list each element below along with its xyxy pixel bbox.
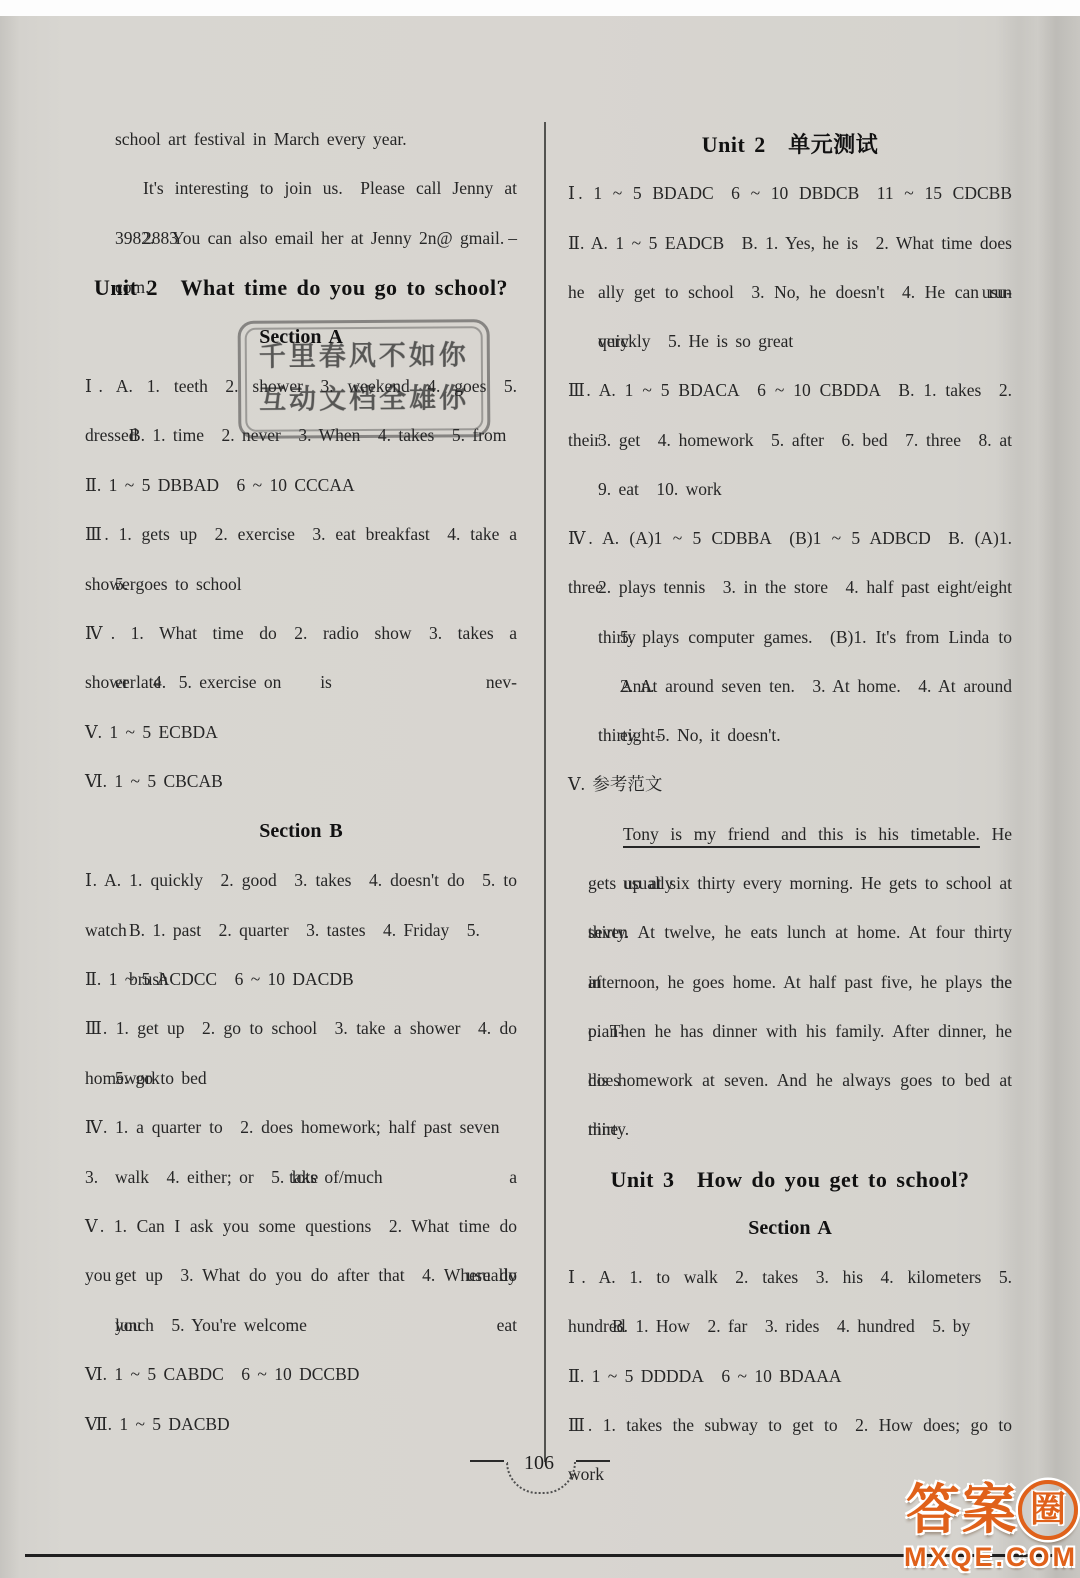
site-watermark: 答 案 圈 MXQE.COM: [898, 1480, 1078, 1573]
heading-line: Unit 2 What time do you go to school?: [85, 263, 517, 312]
answer-line: Ⅰ. 1 ~ 5 BDADC 6 ~ 10 DBDCB 11 ~ 15 CDCB…: [568, 169, 1012, 218]
answer-line: 5. goes to school: [85, 560, 517, 609]
tab-line-left: [470, 1460, 504, 1462]
answer-line: school art festival in March every year.: [85, 115, 517, 164]
answer-line: afternoon, he goes home. At half past fi…: [568, 958, 1012, 1007]
answer-line: Ⅱ. 1 ~ 5 DDDDA 6 ~ 10 BDAAA: [568, 1352, 1012, 1401]
answer-line: Ⅲ. 1. gets up 2. exercise 3. eat breakfa…: [85, 510, 517, 559]
page-number-tab: 106: [470, 1450, 610, 1504]
answer-line: Ⅰ. A. 1. teeth 2. shower 3. weekend 4. g…: [85, 362, 517, 411]
answer-line: thirty. 5. No, it doesn't.: [568, 711, 1012, 760]
answer-line: his homework at seven. And he always goe…: [568, 1056, 1012, 1105]
answer-line: Ⅵ. 1 ~ 5 CBCAB: [85, 757, 517, 806]
answer-line: Tony is my friend and this is his timeta…: [568, 810, 1012, 859]
answer-line: It's interesting to join us. Please call…: [85, 164, 517, 213]
brand-characters: 答 案 圈: [898, 1480, 1078, 1540]
answer-line: Ⅲ. A. 1 ~ 5 BDACA 6 ~ 10 CBDDA B. 1. tak…: [568, 366, 1012, 415]
column-divider: [544, 122, 546, 1462]
answer-line: Ⅰ. A. 1. to walk 2. takes 3. his 4. kilo…: [568, 1253, 1012, 1302]
answer-line: Ⅰ. A. 1. quickly 2. good 3. takes 4. doe…: [85, 856, 517, 905]
brand-site-url: MXQE.COM: [898, 1542, 1078, 1573]
brand-char-1: 答: [906, 1480, 960, 1540]
left-column: school art festival in March every year.…: [85, 115, 517, 1449]
answer-line: Ⅲ. 1. takes the subway to get to 2. How …: [568, 1401, 1012, 1450]
answer-line: 2. At around seven ten. 3. At home. 4. A…: [568, 662, 1012, 711]
answer-line: Ⅱ. 1 ~ 5 ACDCC 6 ~ 10 DACDB: [85, 955, 517, 1004]
page-number: 106: [506, 1451, 572, 1475]
answer-line: B. 1. past 2. quarter 3. tastes 4. Frida…: [85, 906, 517, 955]
answer-line: B. 1. How 2. far 3. rides 4. hundred 5. …: [568, 1302, 1012, 1351]
answer-line: o. Then he has dinner with his family. A…: [568, 1007, 1012, 1056]
answer-line: 3. get 4. homework 5. after 6. bed 7. th…: [568, 416, 1012, 465]
tab-line-right: [576, 1460, 610, 1462]
answer-line: thirty.: [568, 1105, 1012, 1154]
answer-line: 2. plays tennis 3. in the store 4. half …: [568, 563, 1012, 612]
answer-line: Ⅳ. A. (A)1 ~ 5 CDBBA (B)1 ~ 5 ADBCD B. (…: [568, 514, 1012, 563]
heading-line: Section A: [85, 313, 517, 362]
answer-line: quickly 5. He is so great: [568, 317, 1012, 366]
heading-line: Unit 3 How do you get to school?: [568, 1155, 1012, 1204]
answer-line: Ⅵ. 1 ~ 5 CABDC 6 ~ 10 DCCBD: [85, 1350, 517, 1399]
scanned-page: school art festival in March every year.…: [0, 0, 1080, 1578]
answer-line: 3982. You can also email her at Jenny 2n…: [85, 214, 517, 263]
answer-line: Ⅳ. 1. a quarter to 2. does homework; hal…: [85, 1103, 517, 1152]
answer-line: 5. plays computer games. (B)1. It's from…: [568, 613, 1012, 662]
answer-line: 9. eat 10. work: [568, 465, 1012, 514]
answer-line: Ⅶ. 1 ~ 5 DACBD: [85, 1400, 517, 1449]
answer-line: 5. go to bed: [85, 1054, 517, 1103]
brand-char-2: 案: [962, 1480, 1016, 1540]
answer-line: Ⅱ. A. 1 ~ 5 EADCB B. 1. Yes, he is 2. Wh…: [568, 219, 1012, 268]
left-edge-shadow: [0, 16, 20, 1578]
answer-line: ally get to school 3. No, he doesn't 4. …: [568, 268, 1012, 317]
answer-line: Ⅲ. 1. get up 2. go to school 3. take a s…: [85, 1004, 517, 1053]
underlined-sentence: Tony is my friend and this is his timeta…: [623, 824, 980, 844]
answer-line: thirty. At twelve, he eats lunch at home…: [568, 908, 1012, 957]
answer-line: get up 3. What do you do after that 4. W…: [85, 1251, 517, 1300]
answer-line: Ⅳ. 1. What time do 2. radio show 3. take…: [85, 609, 517, 658]
answer-line: Ⅴ. 1 ~ 5 ECBDA: [85, 708, 517, 757]
right-column: Unit 2 单元测试Ⅰ. 1 ~ 5 BDADC 6 ~ 10 DBDCB 1…: [568, 120, 1012, 1450]
heading-line: Section B: [85, 807, 517, 856]
answer-line: Ⅴ. 1. Can I ask you some questions 2. Wh…: [85, 1202, 517, 1251]
brand-char-circled: 圈: [1018, 1480, 1078, 1540]
answer-line: Ⅴ. 参考范文: [568, 760, 1012, 809]
scan-top-margin: [0, 0, 1080, 16]
answer-line: B. 1. time 2. never 3. When 4. takes 5. …: [85, 411, 517, 460]
answer-line: Ⅱ. 1 ~ 5 DBBAD 6 ~ 10 CCCAA: [85, 461, 517, 510]
heading-line: Section A: [568, 1204, 1012, 1253]
heading-line: Unit 2 单元测试: [568, 120, 1012, 169]
answer-line: gets up at six thirty every morning. He …: [568, 859, 1012, 908]
